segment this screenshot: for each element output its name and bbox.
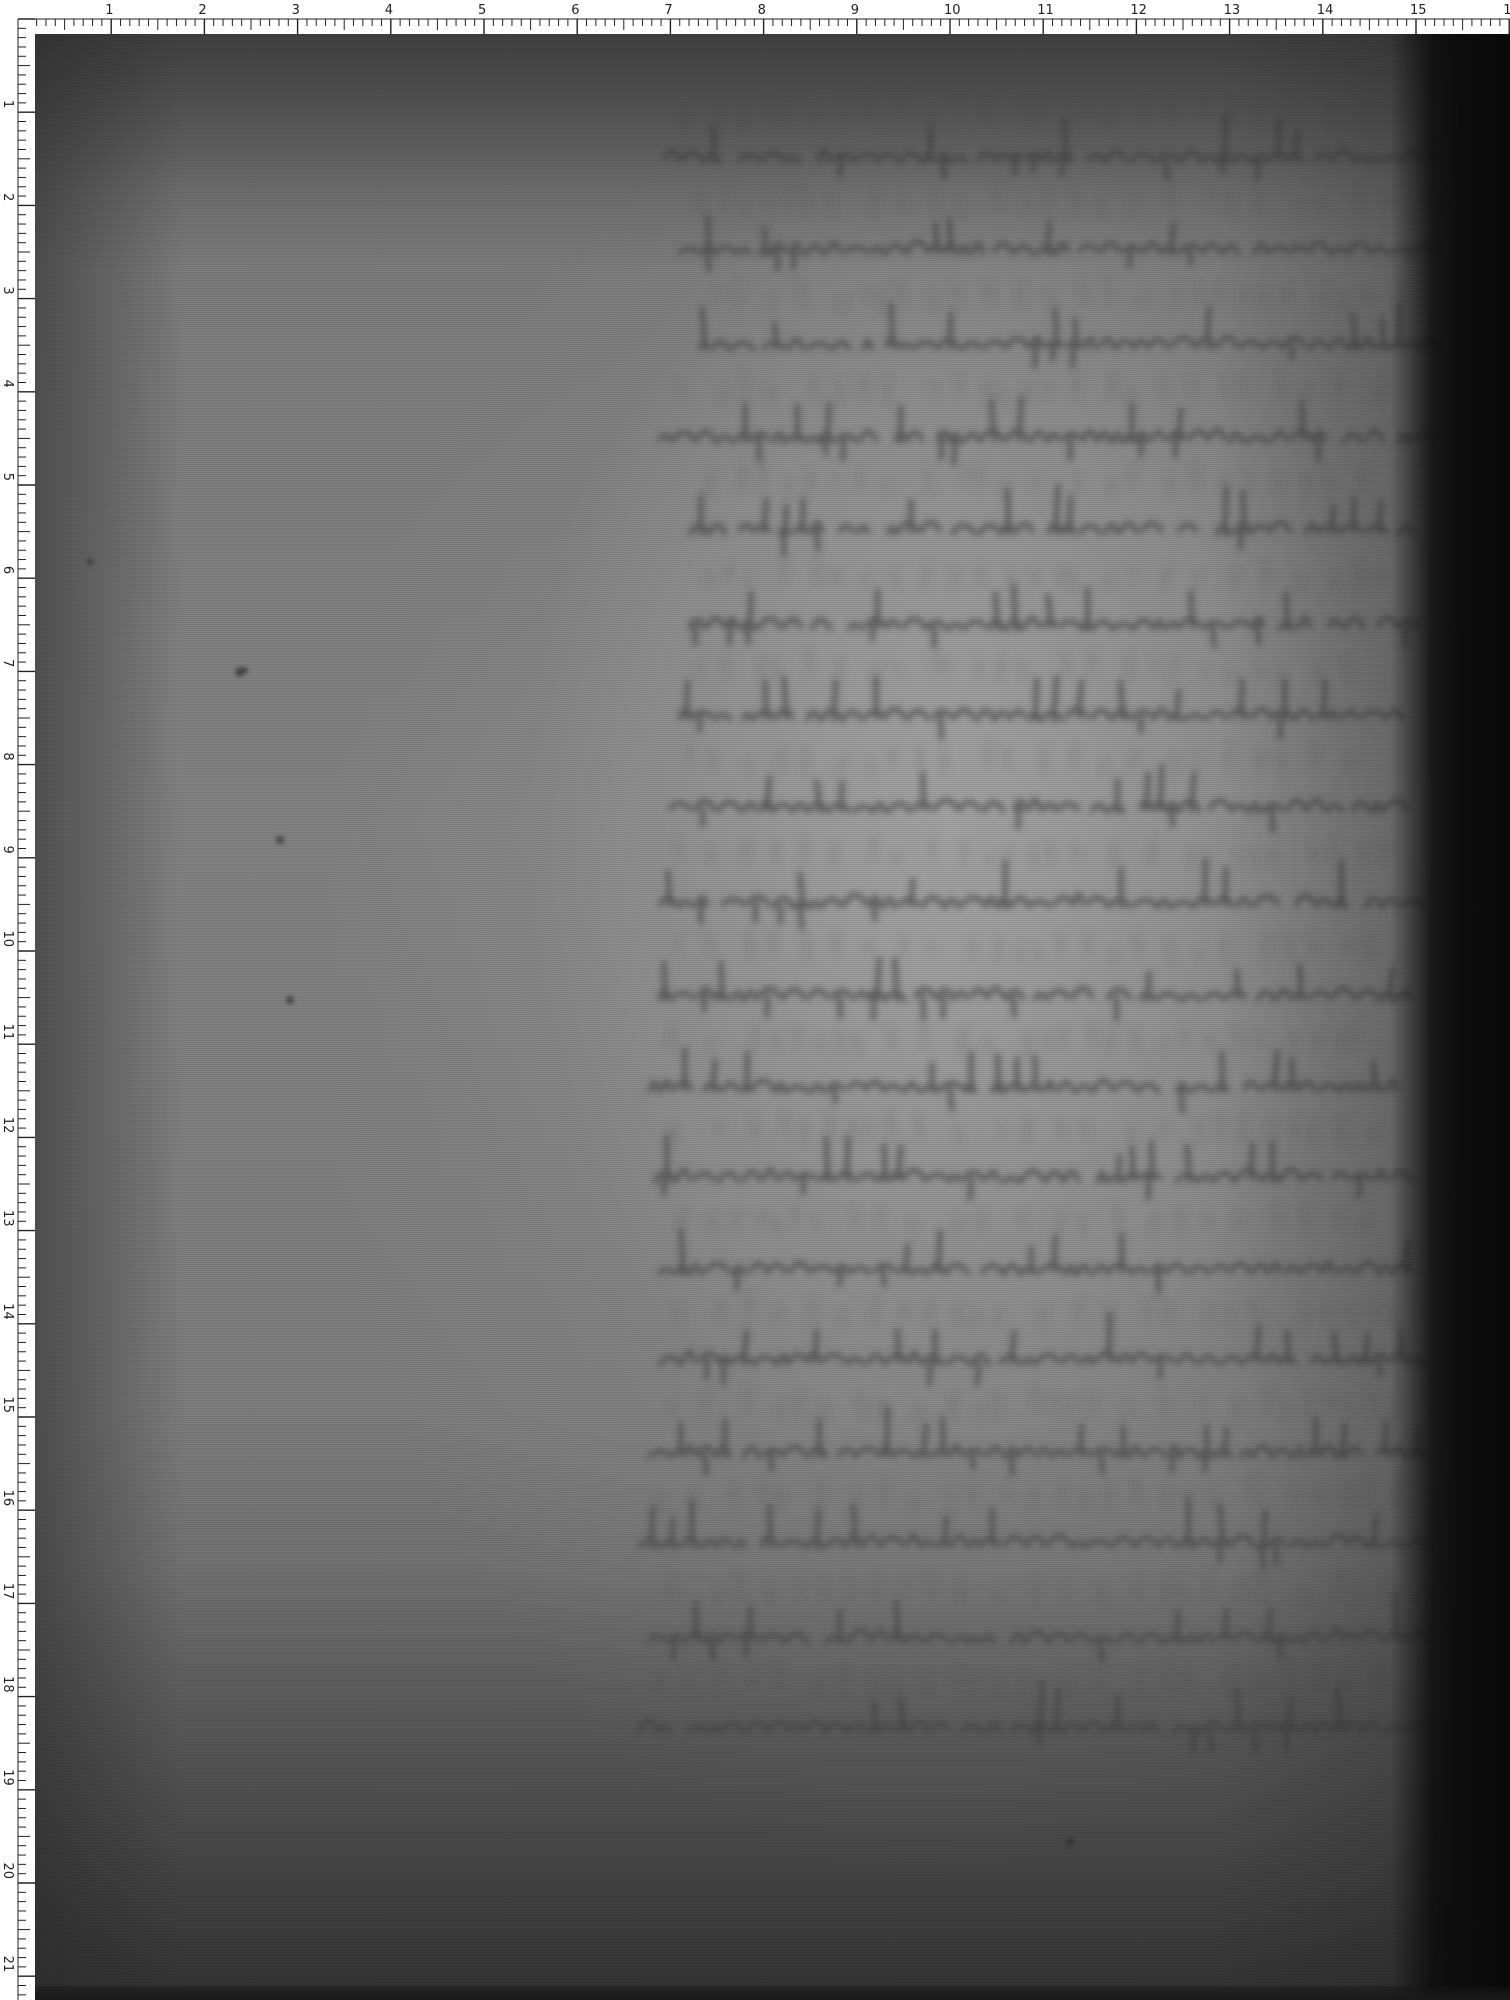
ruler-left-label: 20	[0, 1862, 15, 1879]
bottom-edge	[35, 1986, 1510, 2000]
ruler-top-label: 11	[1037, 3, 1054, 18]
ruler-top-scale: 012345678910111213141516	[0, 0, 1510, 34]
ruler-left-label: 17	[0, 1583, 15, 1600]
ink-line	[660, 959, 1409, 1020]
undertext-line	[677, 931, 1369, 961]
ruler-left-label: 5	[0, 473, 15, 481]
undertext-line	[659, 1477, 1400, 1508]
ink-line	[660, 861, 1423, 928]
ruler-top-label: 6	[571, 3, 579, 18]
ink-line	[650, 1408, 1424, 1475]
ruler-left-label: 21	[0, 1956, 15, 1973]
undertext-line	[707, 559, 1381, 590]
ink-line	[690, 486, 1413, 555]
ruler-left-scale: 123456789101112131415161718192021	[0, 0, 35, 2000]
ruler-top: 012345678910111213141516	[0, 0, 1510, 34]
ruler-left-label: 4	[0, 380, 15, 388]
ink-line	[660, 1231, 1412, 1292]
ruler-top-label: 14	[1317, 3, 1334, 18]
ruler-top-label: 2	[198, 3, 206, 18]
ink-line	[670, 766, 1406, 831]
ruler-left-label: 11	[0, 1024, 15, 1041]
undertext-line	[710, 463, 1362, 494]
ink-line	[680, 217, 1433, 270]
ruler-top-label: 8	[758, 3, 766, 18]
undertext-line	[718, 277, 1401, 310]
undertext-line	[700, 187, 1389, 214]
ink-lines	[640, 117, 1441, 1751]
ruler-left-label: 6	[0, 566, 15, 574]
ruler-top-label: 12	[1130, 3, 1147, 18]
undertext-line	[670, 1022, 1355, 1053]
ink-line	[690, 586, 1418, 647]
undertext-line	[698, 649, 1349, 681]
ruler-left-label: 14	[0, 1303, 15, 1320]
binding-shadow	[1390, 34, 1510, 2000]
ruler-top-label: 3	[292, 3, 300, 18]
ruler-top-label: 13	[1224, 3, 1241, 18]
ink-line	[655, 1137, 1411, 1199]
undertext-line	[680, 1203, 1367, 1235]
parchment-spots	[87, 559, 1074, 1846]
ruler-left-label: 1	[0, 100, 15, 108]
undertext-line	[677, 373, 1381, 402]
ruler-left-label: 7	[0, 659, 15, 667]
undertext-line	[685, 89, 1402, 123]
ink-line	[665, 117, 1441, 179]
ruler-top-label: 16	[1503, 3, 1510, 18]
parchment-spot	[276, 836, 284, 844]
manuscript-scan	[35, 34, 1510, 2000]
ink-line	[640, 1500, 1426, 1568]
ruler-left-label: 15	[0, 1396, 15, 1413]
ruler-top-label: 4	[385, 3, 393, 18]
ruler-left-label: 18	[0, 1676, 15, 1693]
undertext-line	[679, 1295, 1396, 1325]
undertext-line	[689, 742, 1350, 773]
undertext-line	[670, 1570, 1387, 1602]
ruler-top-label: 7	[664, 3, 672, 18]
ruler-left-label: 13	[0, 1210, 15, 1227]
ruler-left-label: 19	[0, 1769, 15, 1786]
ruler-top-label: 9	[851, 3, 859, 18]
ink-line	[640, 1682, 1428, 1751]
undertext-line	[670, 1385, 1397, 1417]
ruler-top-label: 1	[105, 3, 113, 18]
ruler-left-label: 2	[0, 193, 15, 201]
ink-line	[660, 397, 1434, 463]
manuscript-text	[35, 34, 1510, 2000]
parchment-spot	[242, 667, 248, 673]
undertext-line	[659, 1662, 1378, 1693]
ruler-top-label: 5	[478, 3, 486, 18]
ruler-top-label: 10	[944, 3, 961, 18]
ink-line	[650, 1595, 1428, 1660]
ruler-left-label: 16	[0, 1490, 15, 1507]
ruler-left-label: 10	[0, 930, 15, 947]
parchment-spot	[286, 996, 294, 1004]
undertext-line	[673, 1111, 1375, 1142]
undertext-line	[677, 835, 1386, 867]
ruler-left: 123456789101112131415161718192021	[0, 0, 35, 2000]
ink-line	[700, 304, 1441, 366]
ruler-left-label: 8	[0, 752, 15, 760]
ruler-left-label: 12	[0, 1117, 15, 1134]
ruler-left-label: 3	[0, 286, 15, 294]
ink-strokes	[35, 34, 1510, 2000]
ink-line	[680, 677, 1402, 738]
ruler-left-label: 9	[0, 846, 15, 854]
parchment-spot	[87, 559, 93, 565]
ruler-top-label: 15	[1410, 3, 1427, 18]
parchment-spot	[1066, 1838, 1074, 1846]
ink-line	[650, 1048, 1397, 1111]
